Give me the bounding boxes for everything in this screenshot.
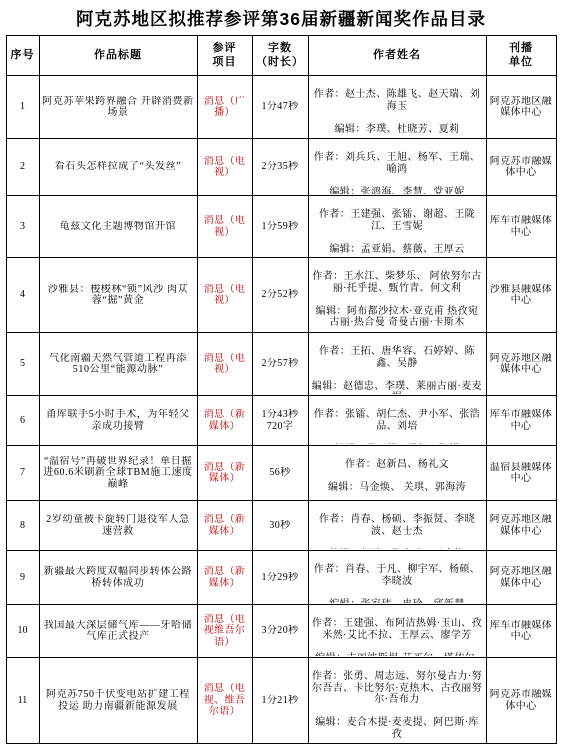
work-title-cell: 2岁幼童被卡旋转门退役军人急速营救 xyxy=(39,501,197,551)
col-header-title: 作品标题 xyxy=(39,36,197,76)
authors-line: 作者：王拓、唐华容、石婷婷、陈鑫、吴静 xyxy=(311,346,484,369)
document-page: 阿克苏地区拟推荐参评第36届新疆新闻奖作品目录 序号 作品标题 参评 项目 字数… xyxy=(0,0,562,748)
entry-category-cell: 消息（新媒体） xyxy=(197,446,252,501)
entry-category-cell: 消息（电视） xyxy=(197,139,252,196)
entry-category-cell: 消息（电视维吾尔语） xyxy=(197,605,252,658)
row-number-cell: 7 xyxy=(6,446,39,501)
entry-category-cell: 消息（新媒体） xyxy=(197,551,252,605)
table-row: 1 阿克苏苹果跨界融合 开辟消费新场景 消息（广播） 1分47秒 作者：赵士杰、… xyxy=(6,76,556,139)
duration-cell: 56秒 xyxy=(252,446,308,501)
table-row: 5 气化南疆天然气管道工程再添510公里“能源动脉” 消息（电视） 2分57秒 … xyxy=(6,333,556,396)
authors-cell: 作者：肖春、杨硕、李振贤、李晓波、赵士杰 编辑：赵鹏、张家玮、吕春梅 xyxy=(308,501,486,551)
authors-line: 作者：刘兵兵、王旭、杨军、王瑞、喻鸿 xyxy=(311,152,484,175)
table-header-row: 序号 作品标题 参评 项目 字数 （时长） 作者姓名 刊播 单位 xyxy=(6,36,556,76)
editors-line: 编辑：张家玮、冉玲、邱新慧 xyxy=(311,599,484,603)
authors-cell: 作者：王建强、布阿洁热姆·玉山、孜米然·艾比不拉、王厚云、廖学芳 编辑：古丽波斯… xyxy=(308,605,486,658)
row-number-cell: 6 xyxy=(6,396,39,446)
editors-line: 编辑：古丽波斯坦·艾买尔、塔依尔·热沙提、陈美丽 xyxy=(311,653,484,656)
row-number-cell: 10 xyxy=(6,605,39,658)
publisher-cell: 沙雅县融媒体中心 xyxy=(486,258,556,333)
authors-cell: 作者：张镭、胡仁杰、尹小军、张浩品、刘培 编辑：孟亚娟、樊凯、张娟 xyxy=(308,396,486,446)
editors-line: 编辑：阿布都沙拉木·亚克甫 热孜宛古丽·热合曼 奇曼古丽·卡斯木 xyxy=(311,306,484,329)
publisher-cell: 温宿县融媒体中心 xyxy=(486,446,556,501)
publisher-cell: 阿克苏地区融媒体中心 xyxy=(486,76,556,139)
duration-cell: 1分59秒 xyxy=(252,196,308,258)
entry-category-cell: 消息（新媒体） xyxy=(197,501,252,551)
work-title-cell: 阿克苏苹果跨界融合 开辟消费新场景 xyxy=(39,76,197,139)
table-row: 9 新疆最大跨度双幅同步转体公路桥转体成功 消息（新媒体） 1分29秒 作者：肖… xyxy=(6,551,556,605)
work-title-cell: 我国最大深层储气库——牙哈储气库正式投产 xyxy=(39,605,197,658)
duration-cell: 1分29秒 xyxy=(252,551,308,605)
row-number-cell: 9 xyxy=(6,551,39,605)
col-header-authors: 作者姓名 xyxy=(308,36,486,76)
table-row: 6 甬库联手5小时手术，为年轻父亲成功接臂 消息（新媒体） 1分43秒 720字… xyxy=(6,396,556,446)
authors-cell: 作者：肖春、于凡、柳宇军、杨硕、李晓波 编辑：张家玮、冉玲、邱新慧 xyxy=(308,551,486,605)
authors-line: 作者：王水江、柴梦乐、 阿依努尔古丽·托乎提、甄竹青、何文利 xyxy=(311,271,484,294)
table-row: 7 “温宿号”再破世界纪录！单日掘进60.6米刷新全球TBM施工速度巅峰 消息（… xyxy=(6,446,556,501)
authors-cell: 作者：刘兵兵、王旭、杨军、王瑞、喻鸿 编辑：张鸿海、李慧、党亚妮 xyxy=(308,139,486,196)
authors-line: 作者：赵新昌、杨礼文 xyxy=(311,459,484,471)
editors-line: 编辑：孟亚娟、蔡薇、王厚云 xyxy=(311,244,484,256)
duration-cell: 2分35秒 xyxy=(252,139,308,196)
duration-cell: 3分20秒 xyxy=(252,605,308,658)
table-row: 2 看石头怎样拉成了“头发丝” 消息（电视） 2分35秒 作者：刘兵兵、王旭、杨… xyxy=(6,139,556,196)
work-title-cell: 看石头怎样拉成了“头发丝” xyxy=(39,139,197,196)
row-number-cell: 2 xyxy=(6,139,39,196)
authors-cell: 作者：王水江、柴梦乐、 阿依努尔古丽·托乎提、甄竹青、何文利 编辑：阿布都沙拉木… xyxy=(308,258,486,333)
duration-cell: 1分21秒 xyxy=(252,658,308,744)
entry-category-cell: 消息（电视） xyxy=(197,196,252,258)
col-header-publisher: 刊播 单位 xyxy=(486,36,556,76)
authors-cell: 作者：王拓、唐华容、石婷婷、陈鑫、吴静 编辑：赵德忠、李璞、莱丽古丽·麦麦提 xyxy=(308,333,486,396)
table-row: 10 我国最大深层储气库——牙哈储气库正式投产 消息（电视维吾尔语） 3分20秒… xyxy=(6,605,556,658)
page-title: 阿克苏地区拟推荐参评第36届新疆新闻奖作品目录 xyxy=(0,0,562,35)
row-number-cell: 11 xyxy=(6,658,39,744)
work-title-cell: 阿克苏750千伏变电站扩建工程投运 助力南疆新能源发展 xyxy=(39,658,197,744)
work-title-cell: “温宿号”再破世界纪录！单日掘进60.6米刷新全球TBM施工速度巅峰 xyxy=(39,446,197,501)
publisher-cell: 阿克苏地区融媒体中心 xyxy=(486,333,556,396)
table-body: 1 阿克苏苹果跨界融合 开辟消费新场景 消息（广播） 1分47秒 作者：赵士杰、… xyxy=(6,76,556,744)
authors-line: 作者：王建强、张镭、谢超、王陇江、王雪妮 xyxy=(311,209,484,232)
table-row: 8 2岁幼童被卡旋转门退役军人急速营救 消息（新媒体） 30秒 作者：肖春、杨硕… xyxy=(6,501,556,551)
row-number-cell: 5 xyxy=(6,333,39,396)
duration-cell: 30秒 xyxy=(252,501,308,551)
col-header-number: 序号 xyxy=(6,36,39,76)
row-number-cell: 8 xyxy=(6,501,39,551)
col-header-category: 参评 项目 xyxy=(197,36,252,76)
publisher-cell: 库车市融媒体中心 xyxy=(486,396,556,446)
duration-cell: 2分57秒 xyxy=(252,333,308,396)
publisher-cell: 阿克苏地区融媒体中心 xyxy=(486,551,556,605)
duration-cell: 1分43秒 720字 xyxy=(252,396,308,446)
authors-line: 作者：赵士杰、陈雄飞、赵天瑞、刘海玉 xyxy=(311,89,484,112)
editors-line: 编辑：赵德忠、李璞、莱丽古丽·麦麦提 xyxy=(311,381,484,394)
entry-category-cell: 消息（电视） xyxy=(197,333,252,396)
table-row: 3 龟兹文化主题博物馆开馆 消息（电视） 1分59秒 作者：王建强、张镭、谢超、… xyxy=(6,196,556,258)
works-table: 序号 作品标题 参评 项目 字数 （时长） 作者姓名 刊播 单位 1 阿克苏苹果… xyxy=(6,35,557,744)
entry-category-cell: 消息（新媒体） xyxy=(197,396,252,446)
authors-cell: 作者：王建强、张镭、谢超、王陇江、王雪妮 编辑：孟亚娟、蔡薇、王厚云 xyxy=(308,196,486,258)
work-title-cell: 新疆最大跨度双幅同步转体公路桥转体成功 xyxy=(39,551,197,605)
publisher-cell: 阿克苏市融媒体中心 xyxy=(486,139,556,196)
table-row: 11 阿克苏750千伏变电站扩建工程投运 助力南疆新能源发展 消息（电视、维吾尔… xyxy=(6,658,556,744)
authors-cell: 作者：张勇、周志远、努尔曼古力·努尔吾吉、卡比努尔·克热木、古孜丽努尔·吾布力 … xyxy=(308,658,486,744)
authors-line: 作者：张镭、胡仁杰、尹小军、张浩品、刘培 xyxy=(311,409,484,432)
authors-line: 作者：肖春、杨硕、李振贤、李晓波、赵士杰 xyxy=(311,514,484,537)
col-header-duration: 字数 （时长） xyxy=(252,36,308,76)
duration-cell: 2分52秒 xyxy=(252,258,308,333)
entry-category-cell: 消息（电视、维吾尔语） xyxy=(197,658,252,744)
publisher-cell: 阿克苏市融媒体中心 xyxy=(486,658,556,744)
work-title-cell: 沙雅县：梭梭林“锁”风沙 肉苁蓉“掘”黄金 xyxy=(39,258,197,333)
editors-line: 编辑：马金焕、 关琪、郭海涛 xyxy=(311,482,484,494)
row-number-cell: 4 xyxy=(6,258,39,333)
authors-cell: 作者：赵新昌、杨礼文 编辑：马金焕、 关琪、郭海涛 xyxy=(308,446,486,501)
row-number-cell: 3 xyxy=(6,196,39,258)
publisher-cell: 库车市融媒体中心 xyxy=(486,605,556,658)
authors-line: 作者：张勇、周志远、努尔曼古力·努尔吾吉、卡比努尔·克热木、古孜丽努尔·吾布力 xyxy=(311,671,484,706)
publisher-cell: 库车市融媒体中心 xyxy=(486,196,556,258)
work-title-cell: 龟兹文化主题博物馆开馆 xyxy=(39,196,197,258)
publisher-cell: 阿克苏地区融媒体中心 xyxy=(486,501,556,551)
authors-cell: 作者：赵士杰、陈雄飞、赵天瑞、刘海玉 编辑：李璞、杜晓芳、夏莉 xyxy=(308,76,486,139)
editors-line: 编辑：李璞、杜晓芳、夏莉 xyxy=(311,124,484,136)
duration-cell: 1分47秒 xyxy=(252,76,308,139)
editors-line: 编辑：麦合木提·麦麦提、阿巴斯·库孜 xyxy=(311,717,484,740)
entry-category-cell: 消息（电视） xyxy=(197,258,252,333)
row-number-cell: 1 xyxy=(6,76,39,139)
authors-line: 作者：肖春、于凡、柳宇军、杨硕、李晓波 xyxy=(311,564,484,587)
table-row: 4 沙雅县：梭梭林“锁”风沙 肉苁蓉“掘”黄金 消息（电视） 2分52秒 作者：… xyxy=(6,258,556,333)
work-title-cell: 气化南疆天然气管道工程再添510公里“能源动脉” xyxy=(39,333,197,396)
authors-line: 作者：王建强、布阿洁热姆·玉山、孜米然·艾比不拉、王厚云、廖学芳 xyxy=(311,618,484,641)
entry-category-cell: 消息（广播） xyxy=(197,76,252,139)
work-title-cell: 甬库联手5小时手术，为年轻父亲成功接臂 xyxy=(39,396,197,446)
editors-line: 编辑：张鸿海、李慧、党亚妮 xyxy=(311,187,484,194)
